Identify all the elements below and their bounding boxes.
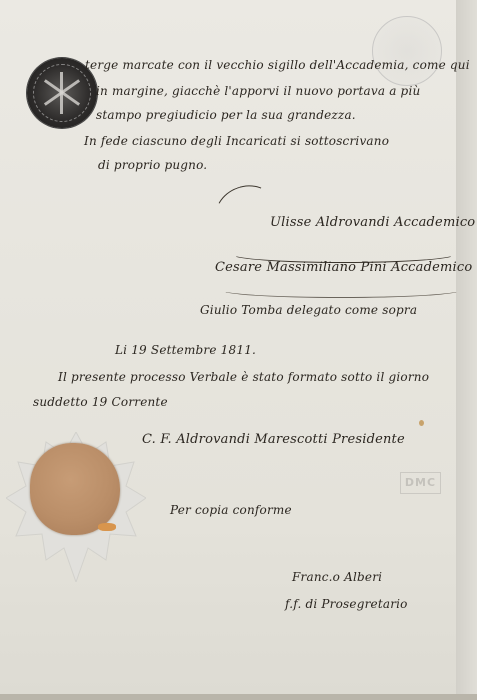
date-line: Li 19 Settembre 1811. [115,343,256,357]
text-line: di proprio pugno. [98,158,207,172]
signature-president: C. F. Aldrovandi Marescotti Presidente [142,432,405,447]
signature-aldrovandi: Ulisse Aldrovandi Accademico [270,215,475,230]
faint-round-stamp [372,16,442,86]
archive-stamp: DMC [400,472,441,494]
certification-line: Per copia conforme [170,503,292,517]
signature-tomba: Giulio Tomba delegato come sopra [200,303,417,317]
wax-seal-chip [98,523,116,531]
seal-staff [60,72,63,114]
signature-alberi: Franc.o Alberi [292,570,382,584]
text-line: suddetto 19 Corrente [33,395,168,409]
text-line: In fede ciascuno degli Incaricati si sot… [84,134,389,148]
text-line: terge marcate con il vecchio sigillo del… [85,58,470,72]
ink-spot [419,420,424,426]
underlying-page-edge [456,0,477,700]
signature-underline [220,282,462,298]
page-bottom-edge [0,694,477,700]
wax-seal [30,443,120,535]
signature-pini: Cesare Massimiliano Pini Accademico [215,260,472,275]
text-line: stampo pregiudicio per la sua grandezza. [96,108,356,122]
signature-title: f.f. di Prosegretario [285,597,408,611]
text-line: in margine, giacchè l'apporvi il nuovo p… [96,84,420,98]
text-line: Il presente processo Verbale è stato for… [58,370,429,384]
